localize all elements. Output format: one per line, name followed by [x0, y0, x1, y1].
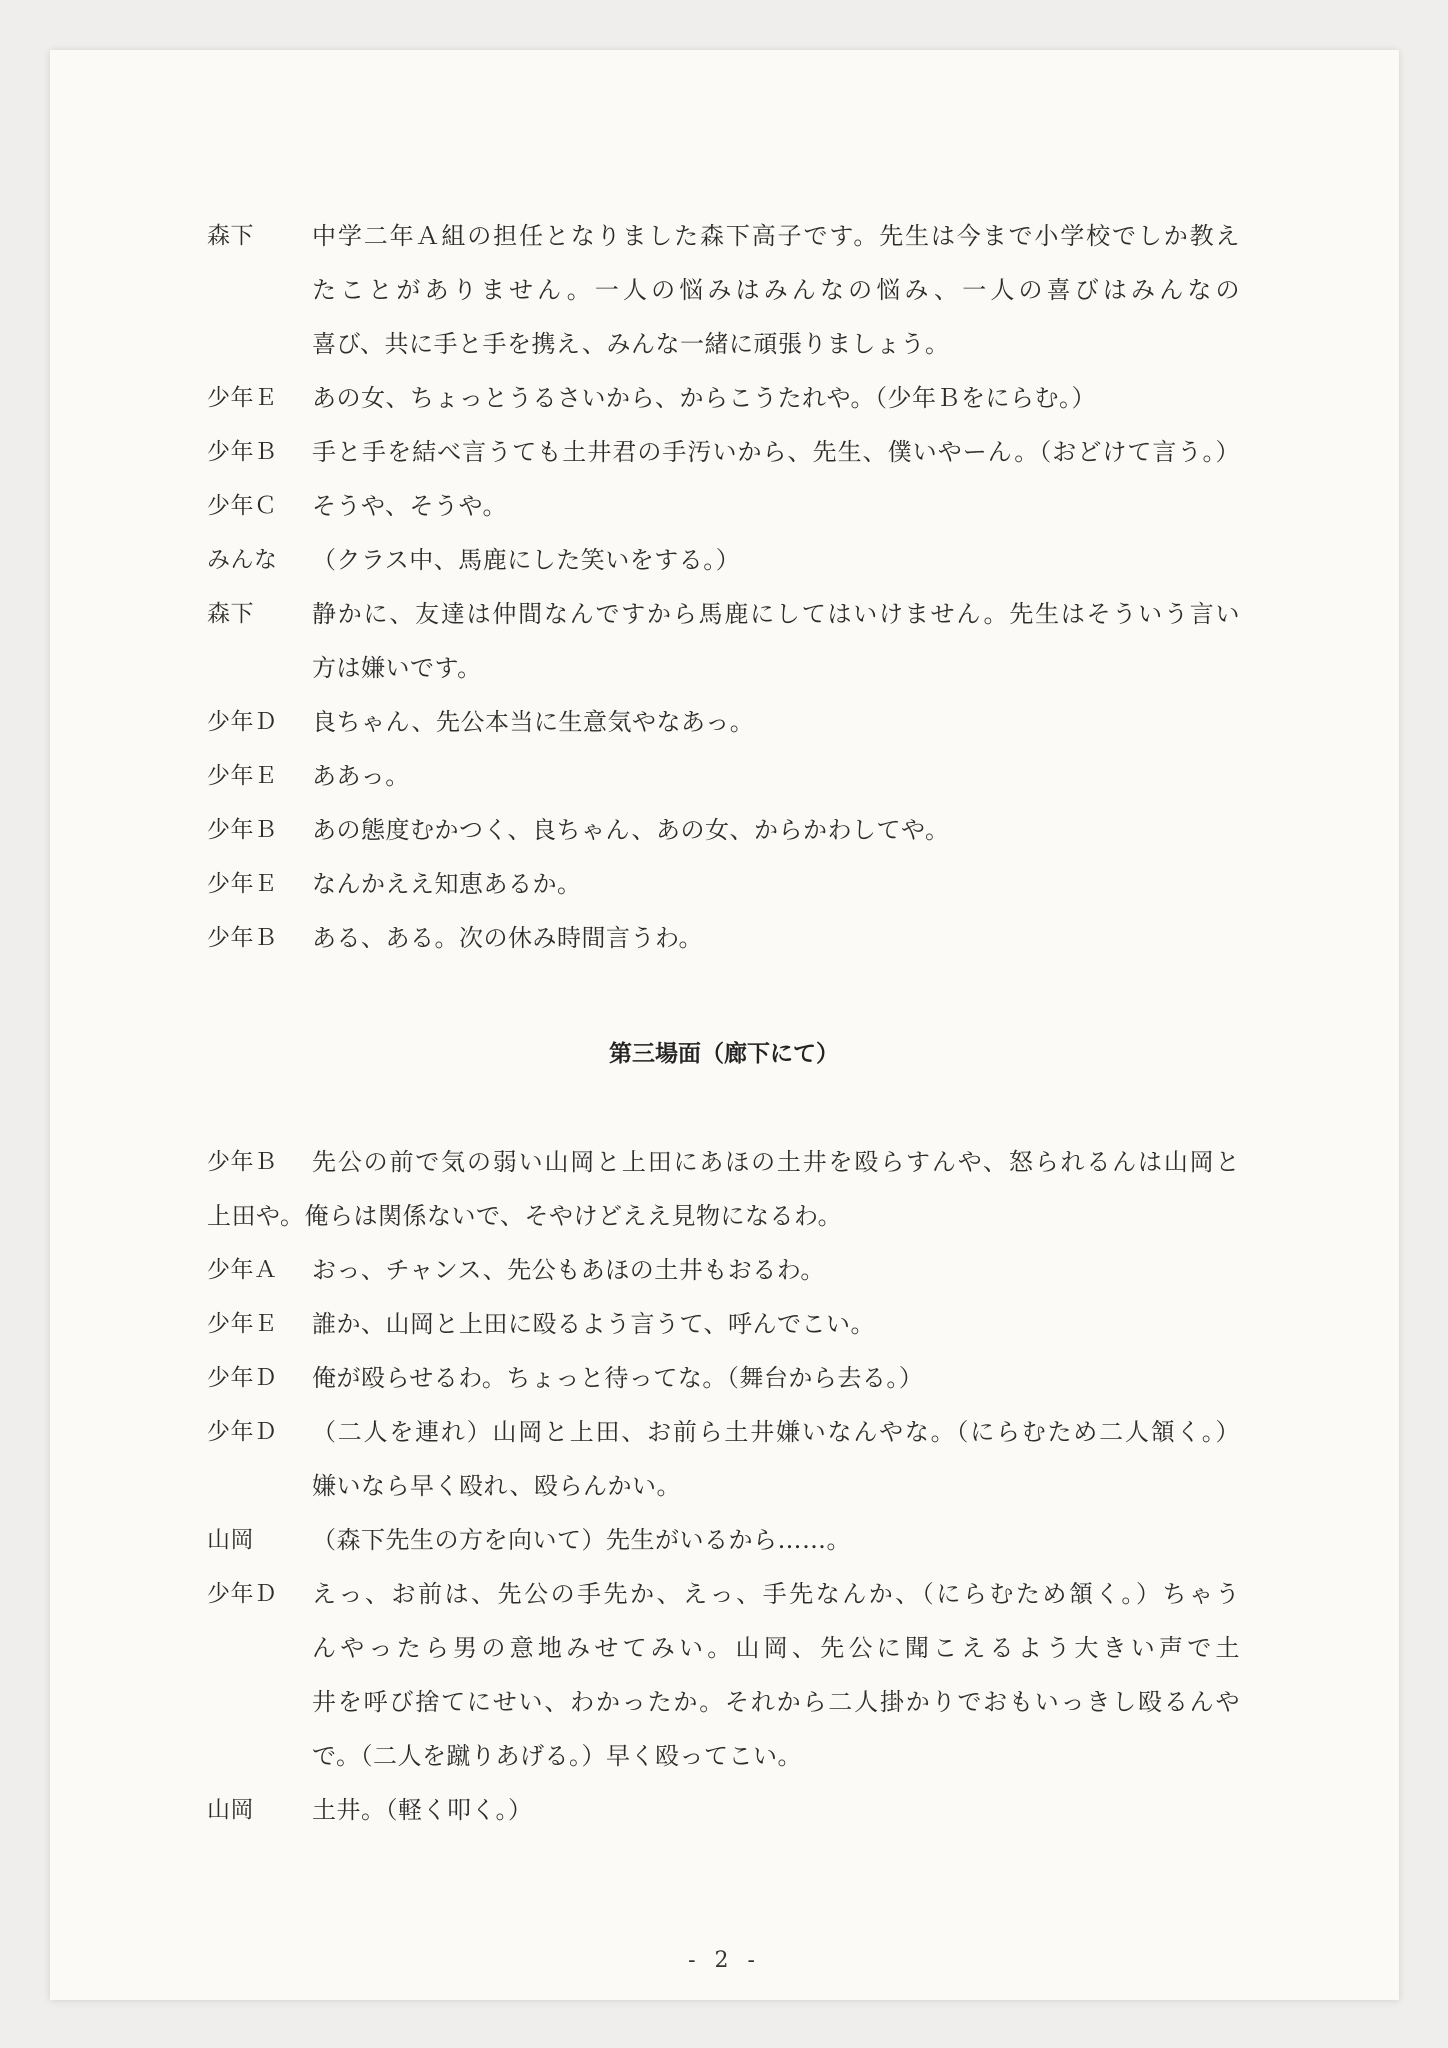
dialogue-line: 少年Ｂ ある、ある。次の休み時間言うわ。	[207, 915, 1297, 969]
dialogue-line: 少年Ｂ あの態度むかつく、良ちゃん、あの女、からかわしてや。	[207, 807, 1297, 861]
dialogue-line-continuation: 上田や。俺らは関係ないで、そやけどええ見物になるわ。	[207, 1193, 1297, 1247]
speaker-label: 山岡	[207, 1517, 312, 1563]
speaker-label: 森下	[207, 591, 312, 637]
dialogue-line: 少年Ｅ 誰か、山岡と上田に殴るよう言うて、呼んでこい。	[207, 1301, 1297, 1355]
speaker-label: 少年Ｄ	[207, 1571, 312, 1617]
dialogue-line: 嫌いなら早く殴れ、殴らんかい。	[207, 1463, 1297, 1517]
dialogue-text: 喜び、共に手と手を携え、みんな一緒に頑張りましょう。	[312, 321, 1297, 367]
speaker-label: 少年Ｂ	[207, 807, 312, 853]
dialogue-line: で。（二人を蹴りあげる。）早く殴ってこい。	[207, 1733, 1297, 1787]
dialogue-line: 少年Ｄ 俺が殴らせるわ。ちょっと待ってな。（舞台から去る。）	[207, 1355, 1297, 1409]
spacer	[207, 969, 1297, 1029]
dialogue-text: で。（二人を蹴りあげる。）早く殴ってこい。	[312, 1733, 1297, 1779]
dialogue-line: 少年Ｃ そうや、そうや。	[207, 483, 1297, 537]
dialogue-line: 少年Ａ おっ、チャンス、先公もあほの土井もおるわ。	[207, 1247, 1297, 1301]
speaker-label: 少年Ｂ	[207, 429, 312, 475]
dialogue-text: 井を呼び捨てにせい、わかったか。それから二人掛かりでおもいっきし殴るんや	[312, 1679, 1240, 1725]
dialogue-text: 俺が殴らせるわ。ちょっと待ってな。（舞台から去る。）	[312, 1355, 1297, 1401]
dialogue-line: 少年Ｂ 手と手を結べ言うても土井君の手汚いから、先生、僕いやーん。（おどけて言う…	[207, 429, 1297, 483]
dialogue-text: 先公の前で気の弱い山岡と上田にあほの土井を殴らすんや、怒られるんは山岡と	[312, 1139, 1240, 1185]
dialogue-text: 良ちゃん、先公本当に生意気やなあっ。	[312, 699, 1297, 745]
dialogue-line: 少年Ｅ ああっ。	[207, 753, 1297, 807]
dialogue-line: 少年Ｅ あの女、ちょっとうるさいから、からこうたれや。（少年Ｂをにらむ。）	[207, 375, 1297, 429]
speaker-label: 少年Ｄ	[207, 699, 312, 745]
dialogue-line: みんな （クラス中、馬鹿にした笑いをする。）	[207, 537, 1297, 591]
dialogue-line: 少年Ｄ （二人を連れ）山岡と上田、お前ら土井嫌いなんやな。（にらむため二人頷く。…	[207, 1409, 1297, 1463]
speaker-label: 森下	[207, 213, 312, 259]
speaker-label: 少年Ｄ	[207, 1409, 312, 1455]
speaker-label: 少年Ａ	[207, 1247, 312, 1293]
dialogue-text: （森下先生の方を向いて）先生がいるから……。	[312, 1517, 1297, 1563]
dialogue-line: 少年Ｅ なんかええ知恵あるか。	[207, 861, 1297, 915]
speaker-label: 少年Ｂ	[207, 1139, 312, 1185]
dialogue-text: （二人を連れ）山岡と上田、お前ら土井嫌いなんやな。（にらむため二人頷く。）	[312, 1409, 1240, 1455]
speaker-label: 少年Ｄ	[207, 1355, 312, 1401]
dialogue-text: 土井。（軽く叩く。）	[312, 1787, 1297, 1833]
dialogue-text: 静かに、友達は仲間なんですから馬鹿にしてはいけません。先生はそういう言い	[312, 591, 1240, 637]
scene-heading: 第三場面（廊下にて）	[179, 1029, 1269, 1079]
dialogue-text: 嫌いなら早く殴れ、殴らんかい。	[312, 1463, 1297, 1509]
dialogue-text: そうや、そうや。	[312, 483, 1297, 529]
speaker-label: みんな	[207, 537, 312, 583]
dialogue-line: たことがありません。一人の悩みはみんなの悩み、一人の喜びはみんなの	[207, 267, 1297, 321]
dialogue-text: えっ、お前は、先公の手先か、えっ、手先なんか、（にらむため頷く。）ちゃう	[312, 1571, 1240, 1617]
dialogue-text: んやったら男の意地みせてみい。山岡、先公に聞こえるよう大きい声で土	[312, 1625, 1240, 1671]
speaker-label: 少年Ｅ	[207, 1301, 312, 1347]
dialogue-line: 喜び、共に手と手を携え、みんな一緒に頑張りましょう。	[207, 321, 1297, 375]
document-page: 森下 中学二年Ａ組の担任となりました森下高子です。先生は今まで小学校でしか教え …	[50, 50, 1399, 2000]
dialogue-text: 手と手を結べ言うても土井君の手汚いから、先生、僕いやーん。（おどけて言う。）	[312, 429, 1240, 475]
page-number: - 2 -	[50, 1948, 1399, 1973]
speaker-label: 少年Ｅ	[207, 753, 312, 799]
dialogue-line: 山岡 土井。（軽く叩く。）	[207, 1787, 1297, 1841]
dialogue-line: んやったら男の意地みせてみい。山岡、先公に聞こえるよう大きい声で土	[207, 1625, 1297, 1679]
dialogue-line: 少年Ｂ 先公の前で気の弱い山岡と上田にあほの土井を殴らすんや、怒られるんは山岡と	[207, 1139, 1297, 1193]
script-body: 森下 中学二年Ａ組の担任となりました森下高子です。先生は今まで小学校でしか教え …	[207, 213, 1297, 1841]
dialogue-text: 上田や。俺らは関係ないで、そやけどええ見物になるわ。	[207, 1193, 1297, 1239]
dialogue-text: 誰か、山岡と上田に殴るよう言うて、呼んでこい。	[312, 1301, 1297, 1347]
dialogue-text: あの女、ちょっとうるさいから、からこうたれや。（少年Ｂをにらむ。）	[312, 375, 1297, 421]
dialogue-text: たことがありません。一人の悩みはみんなの悩み、一人の喜びはみんなの	[312, 267, 1240, 313]
dialogue-line: 森下 中学二年Ａ組の担任となりました森下高子です。先生は今まで小学校でしか教え	[207, 213, 1297, 267]
speaker-label: 少年Ｂ	[207, 915, 312, 961]
dialogue-text: おっ、チャンス、先公もあほの土井もおるわ。	[312, 1247, 1297, 1293]
dialogue-line: 少年Ｄ 良ちゃん、先公本当に生意気やなあっ。	[207, 699, 1297, 753]
dialogue-line: 森下 静かに、友達は仲間なんですから馬鹿にしてはいけません。先生はそういう言い	[207, 591, 1297, 645]
speaker-label: 少年Ｃ	[207, 483, 312, 529]
speaker-label: 少年Ｅ	[207, 375, 312, 421]
dialogue-line: 井を呼び捨てにせい、わかったか。それから二人掛かりでおもいっきし殴るんや	[207, 1679, 1297, 1733]
dialogue-text: なんかええ知恵あるか。	[312, 861, 1297, 907]
dialogue-text: あの態度むかつく、良ちゃん、あの女、からかわしてや。	[312, 807, 1297, 853]
spacer	[207, 1079, 1297, 1139]
dialogue-text: 方は嫌いです。	[312, 645, 1297, 691]
dialogue-line: 方は嫌いです。	[207, 645, 1297, 699]
dialogue-text: 中学二年Ａ組の担任となりました森下高子です。先生は今まで小学校でしか教え	[312, 213, 1240, 259]
speaker-label: 山岡	[207, 1787, 312, 1833]
dialogue-text: （クラス中、馬鹿にした笑いをする。）	[312, 537, 1297, 583]
dialogue-text: ある、ある。次の休み時間言うわ。	[312, 915, 1297, 961]
dialogue-text: ああっ。	[312, 753, 1297, 799]
dialogue-line: 山岡 （森下先生の方を向いて）先生がいるから……。	[207, 1517, 1297, 1571]
dialogue-line: 少年Ｄ えっ、お前は、先公の手先か、えっ、手先なんか、（にらむため頷く。）ちゃう	[207, 1571, 1297, 1625]
speaker-label: 少年Ｅ	[207, 861, 312, 907]
